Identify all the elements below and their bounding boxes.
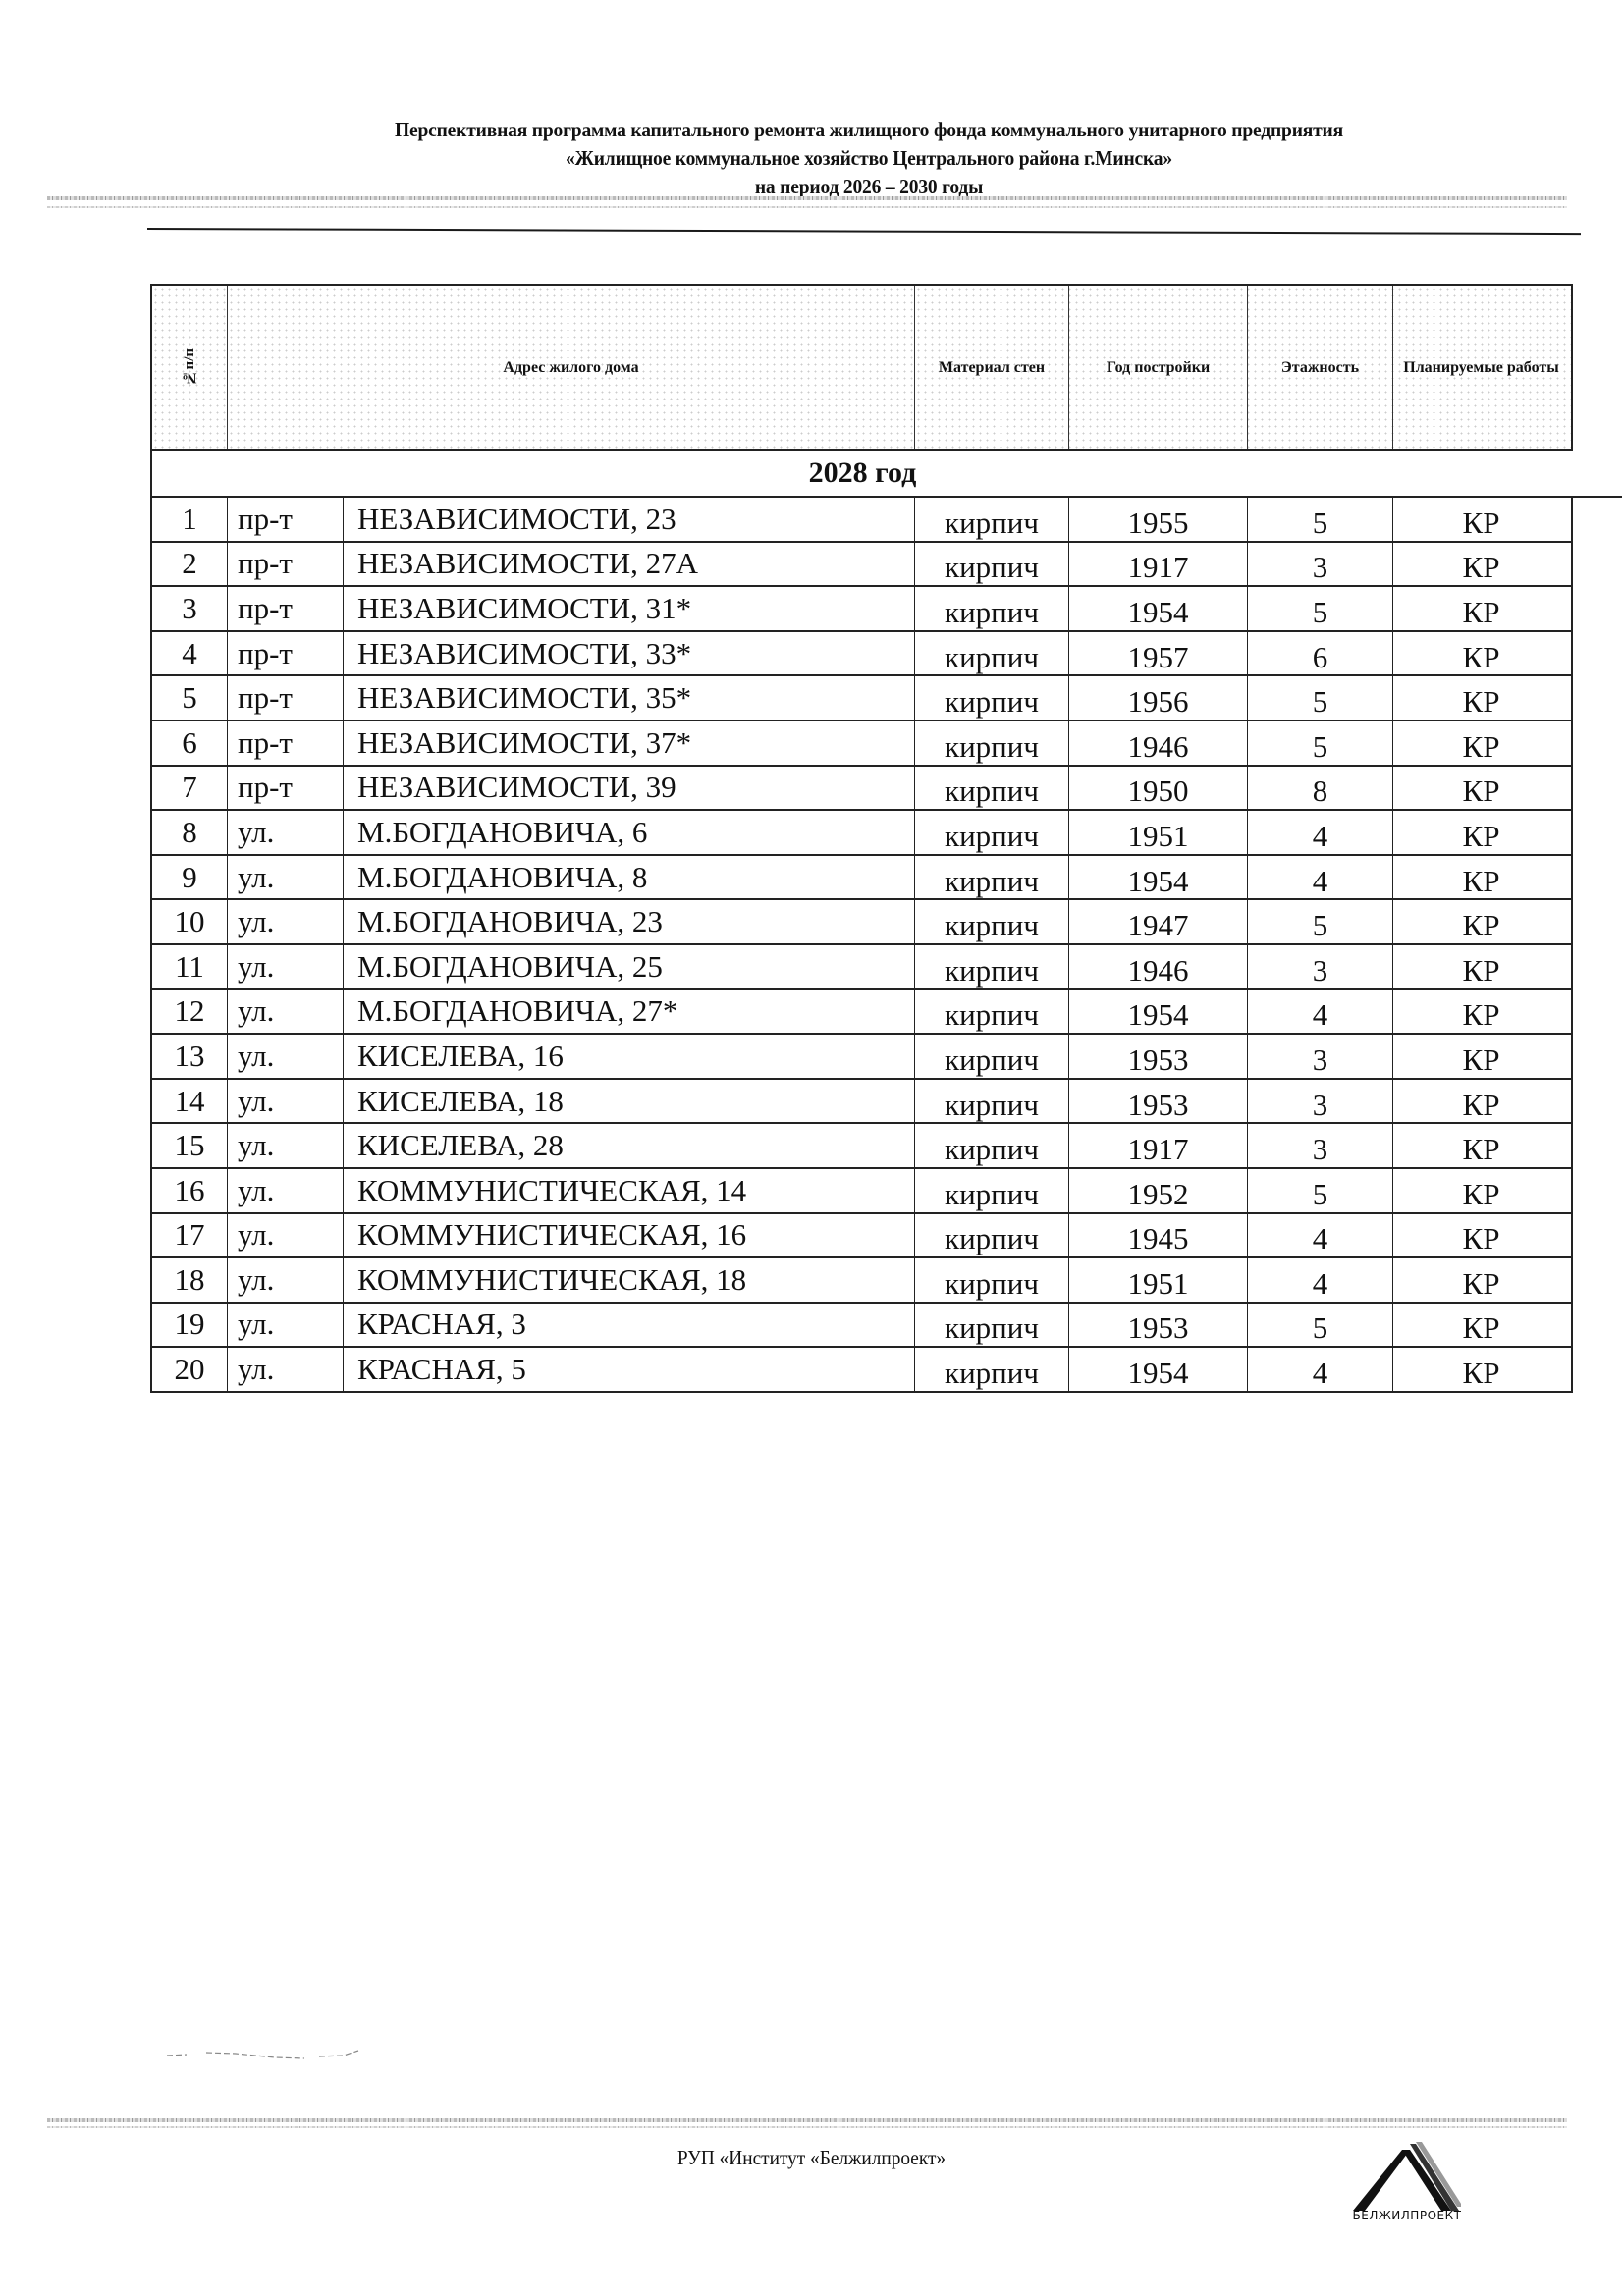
construction-year-cell: 1945 bbox=[1069, 1214, 1248, 1257]
wall-material-cell: кирпич bbox=[915, 1080, 1069, 1123]
construction-year-cell: 1947 bbox=[1069, 900, 1248, 943]
street-type-cell: пр-т bbox=[228, 498, 344, 541]
row-number-cell: 14 bbox=[152, 1080, 228, 1123]
wall-material-cell: кирпич bbox=[915, 721, 1069, 765]
planned-works-cell: КР bbox=[1393, 767, 1569, 810]
floors-cell: 4 bbox=[1248, 1348, 1393, 1391]
wall-material-cell: кирпич bbox=[915, 900, 1069, 943]
row-number-cell: 11 bbox=[152, 945, 228, 988]
floors-cell: 4 bbox=[1248, 856, 1393, 899]
wall-material-cell: кирпич bbox=[915, 1258, 1069, 1302]
floors-cell: 6 bbox=[1248, 632, 1393, 675]
floors-cell: 5 bbox=[1248, 1304, 1393, 1347]
street-type-cell: пр-т bbox=[228, 767, 344, 810]
construction-year-cell: 1953 bbox=[1069, 1035, 1248, 1078]
street-type-cell: ул. bbox=[228, 856, 344, 899]
planned-works-cell: КР bbox=[1393, 1304, 1569, 1347]
wall-material-cell: кирпич bbox=[915, 1348, 1069, 1391]
col-header-year: Год постройки bbox=[1069, 286, 1248, 449]
street-type-cell: ул. bbox=[228, 900, 344, 943]
roof-logo-icon bbox=[1353, 2142, 1461, 2260]
floors-cell: 3 bbox=[1248, 543, 1393, 586]
floors-cell: 4 bbox=[1248, 1258, 1393, 1302]
street-type-cell: ул. bbox=[228, 945, 344, 988]
floors-cell: 3 bbox=[1248, 945, 1393, 988]
row-number-cell: 10 bbox=[152, 900, 228, 943]
document-title: Перспективная программа капитального рем… bbox=[197, 116, 1540, 201]
wall-material-cell: кирпич bbox=[915, 1124, 1069, 1167]
address-cell: КИСЕЛЕВА, 16 bbox=[344, 1035, 915, 1078]
floors-cell: 5 bbox=[1248, 498, 1393, 541]
construction-year-cell: 1950 bbox=[1069, 767, 1248, 810]
row-number-cell: 16 bbox=[152, 1169, 228, 1212]
floors-cell: 5 bbox=[1248, 587, 1393, 630]
planned-works-cell: КР bbox=[1393, 498, 1569, 541]
floors-cell: 3 bbox=[1248, 1124, 1393, 1167]
address-cell: НЕЗАВИСИМОСТИ, 33* bbox=[344, 632, 915, 675]
street-type-cell: ул. bbox=[228, 1214, 344, 1257]
table-row: 5пр-тНЕЗАВИСИМОСТИ, 35*кирпич19565КР bbox=[150, 676, 1573, 721]
address-cell: М.БОГДАНОВИЧА, 23 bbox=[344, 900, 915, 943]
construction-year-cell: 1953 bbox=[1069, 1080, 1248, 1123]
street-type-cell: пр-т bbox=[228, 543, 344, 586]
table-row: 20ул.КРАСНАЯ, 5кирпич19544КР bbox=[150, 1348, 1573, 1393]
footer-organization: РУП «Институт «Белжилпроект» bbox=[65, 2146, 1558, 2170]
street-type-cell: пр-т bbox=[228, 676, 344, 720]
floors-cell: 4 bbox=[1248, 811, 1393, 854]
header-divider-grey-thin bbox=[47, 206, 1567, 208]
address-cell: М.БОГДАНОВИЧА, 8 bbox=[344, 856, 915, 899]
logo-text: БЕЛЖИЛПРОЕКТ bbox=[1343, 2209, 1471, 2222]
construction-year-cell: 1954 bbox=[1069, 856, 1248, 899]
section-title-year: 2028 год bbox=[150, 449, 1573, 498]
street-type-cell: пр-т bbox=[228, 587, 344, 630]
address-cell: НЕЗАВИСИМОСТИ, 39 bbox=[344, 767, 915, 810]
row-number-cell: 8 bbox=[152, 811, 228, 854]
planned-works-cell: КР bbox=[1393, 1348, 1569, 1391]
row-number-cell: 1 bbox=[152, 498, 228, 541]
row-number-cell: 7 bbox=[152, 767, 228, 810]
floors-cell: 5 bbox=[1248, 900, 1393, 943]
table-row: 11ул.М.БОГДАНОВИЧА, 25кирпич19463КР bbox=[150, 945, 1573, 990]
planned-works-cell: КР bbox=[1393, 990, 1569, 1034]
table-row: 6пр-тНЕЗАВИСИМОСТИ, 37*кирпич19465КР bbox=[150, 721, 1573, 767]
planned-works-cell: КР bbox=[1393, 1169, 1569, 1212]
table-row: 9ул.М.БОГДАНОВИЧА, 8кирпич19544КР bbox=[150, 856, 1573, 901]
row-number-cell: 20 bbox=[152, 1348, 228, 1391]
construction-year-cell: 1954 bbox=[1069, 990, 1248, 1034]
construction-year-cell: 1954 bbox=[1069, 587, 1248, 630]
planned-works-cell: КР bbox=[1393, 945, 1569, 988]
row-number-cell: 3 bbox=[152, 587, 228, 630]
table-row: 7пр-тНЕЗАВИСИМОСТИ, 39кирпич19508КР bbox=[150, 767, 1573, 812]
floors-cell: 8 bbox=[1248, 767, 1393, 810]
row-number-cell: 9 bbox=[152, 856, 228, 899]
footer-divider-grey-thin bbox=[47, 2126, 1567, 2128]
construction-year-cell: 1951 bbox=[1069, 811, 1248, 854]
table-body: 1пр-тНЕЗАВИСИМОСТИ, 23кирпич19555КР2пр-т… bbox=[150, 498, 1573, 1393]
street-type-cell: ул. bbox=[228, 1035, 344, 1078]
planned-works-cell: КР bbox=[1393, 1124, 1569, 1167]
address-cell: НЕЗАВИСИМОСТИ, 23 bbox=[344, 498, 915, 541]
table-row: 13ул.КИСЕЛЕВА, 16кирпич19533КР bbox=[150, 1035, 1573, 1080]
title-line-1: Перспективная программа капитального рем… bbox=[197, 116, 1540, 144]
planned-works-cell: КР bbox=[1393, 543, 1569, 586]
row-number-cell: 13 bbox=[152, 1035, 228, 1078]
address-cell: КРАСНАЯ, 5 bbox=[344, 1348, 915, 1391]
address-cell: НЕЗАВИСИМОСТИ, 35* bbox=[344, 676, 915, 720]
table-header: №п/п Адрес жилого дома Материал стен Год… bbox=[150, 284, 1573, 451]
wall-material-cell: кирпич bbox=[915, 543, 1069, 586]
wall-material-cell: кирпич bbox=[915, 498, 1069, 541]
planned-works-cell: КР bbox=[1393, 676, 1569, 720]
planned-works-cell: КР bbox=[1393, 1214, 1569, 1257]
construction-year-cell: 1946 bbox=[1069, 945, 1248, 988]
street-type-cell: ул. bbox=[228, 1258, 344, 1302]
wall-material-cell: кирпич bbox=[915, 856, 1069, 899]
address-cell: КОММУНИСТИЧЕСКАЯ, 16 bbox=[344, 1214, 915, 1257]
footer-divider-grey bbox=[47, 2118, 1567, 2122]
address-cell: КИСЕЛЕВА, 18 bbox=[344, 1080, 915, 1123]
table-row: 8ул.М.БОГДАНОВИЧА, 6кирпич19514КР bbox=[150, 811, 1573, 856]
row-number-cell: 15 bbox=[152, 1124, 228, 1167]
wall-material-cell: кирпич bbox=[915, 587, 1069, 630]
address-cell: КОММУНИСТИЧЕСКАЯ, 14 bbox=[344, 1169, 915, 1212]
address-cell: КОММУНИСТИЧЕСКАЯ, 18 bbox=[344, 1258, 915, 1302]
table-row: 16ул.КОММУНИСТИЧЕСКАЯ, 14кирпич19525КР bbox=[150, 1169, 1573, 1214]
address-cell: КИСЕЛЕВА, 28 bbox=[344, 1124, 915, 1167]
row-number-cell: 2 bbox=[152, 543, 228, 586]
wall-material-cell: кирпич bbox=[915, 1169, 1069, 1212]
table-row: 10ул.М.БОГДАНОВИЧА, 23кирпич19475КР bbox=[150, 900, 1573, 945]
street-type-cell: ул. bbox=[228, 1124, 344, 1167]
address-cell: НЕЗАВИСИМОСТИ, 27А bbox=[344, 543, 915, 586]
street-type-cell: пр-т bbox=[228, 632, 344, 675]
table-row: 12ул.М.БОГДАНОВИЧА, 27*кирпич19544КР bbox=[150, 990, 1573, 1036]
col-header-material: Материал стен bbox=[915, 286, 1069, 449]
street-type-cell: ул. bbox=[228, 1348, 344, 1391]
row-number-cell: 19 bbox=[152, 1304, 228, 1347]
col-header-address: Адрес жилого дома bbox=[228, 286, 915, 449]
header-divider-grey bbox=[47, 196, 1567, 200]
planned-works-cell: КР bbox=[1393, 1035, 1569, 1078]
row-number-cell: 6 bbox=[152, 721, 228, 765]
address-cell: М.БОГДАНОВИЧА, 27* bbox=[344, 990, 915, 1034]
table-row: 18ул.КОММУНИСТИЧЕСКАЯ, 18кирпич19514КР bbox=[150, 1258, 1573, 1304]
planned-works-cell: КР bbox=[1393, 1258, 1569, 1302]
construction-year-cell: 1954 bbox=[1069, 1348, 1248, 1391]
row-number-cell: 4 bbox=[152, 632, 228, 675]
street-type-cell: пр-т bbox=[228, 721, 344, 765]
planned-works-cell: КР bbox=[1393, 856, 1569, 899]
floors-cell: 5 bbox=[1248, 721, 1393, 765]
construction-year-cell: 1952 bbox=[1069, 1169, 1248, 1212]
address-cell: НЕЗАВИСИМОСТИ, 37* bbox=[344, 721, 915, 765]
table-row: 1пр-тНЕЗАВИСИМОСТИ, 23кирпич19555КР bbox=[150, 498, 1573, 543]
address-cell: М.БОГДАНОВИЧА, 6 bbox=[344, 811, 915, 854]
col-header-works: Планируемые работы bbox=[1393, 286, 1569, 449]
street-type-cell: ул. bbox=[228, 990, 344, 1034]
construction-year-cell: 1955 bbox=[1069, 498, 1248, 541]
floors-cell: 4 bbox=[1248, 990, 1393, 1034]
table-row: 14ул.КИСЕЛЕВА, 18кирпич19533КР bbox=[150, 1080, 1573, 1125]
wall-material-cell: кирпич bbox=[915, 676, 1069, 720]
address-cell: М.БОГДАНОВИЧА, 25 bbox=[344, 945, 915, 988]
planned-works-cell: КР bbox=[1393, 587, 1569, 630]
col-header-num: №п/п bbox=[152, 286, 228, 449]
street-type-cell: ул. bbox=[228, 1169, 344, 1212]
table-row: 15ул.КИСЕЛЕВА, 28кирпич19173КР bbox=[150, 1124, 1573, 1169]
row-number-cell: 18 bbox=[152, 1258, 228, 1302]
floors-cell: 4 bbox=[1248, 1214, 1393, 1257]
row-number-cell: 17 bbox=[152, 1214, 228, 1257]
wall-material-cell: кирпич bbox=[915, 945, 1069, 988]
header-divider bbox=[147, 228, 1581, 235]
address-cell: НЕЗАВИСИМОСТИ, 31* bbox=[344, 587, 915, 630]
planned-works-cell: КР bbox=[1393, 900, 1569, 943]
row-number-cell: 12 bbox=[152, 990, 228, 1034]
table-row: 4пр-тНЕЗАВИСИМОСТИ, 33*кирпич19576КР bbox=[150, 632, 1573, 677]
planned-works-cell: КР bbox=[1393, 632, 1569, 675]
table-row: 2пр-тНЕЗАВИСИМОСТИ, 27Акирпич19173КР bbox=[150, 543, 1573, 588]
construction-year-cell: 1957 bbox=[1069, 632, 1248, 675]
wall-material-cell: кирпич bbox=[915, 1035, 1069, 1078]
street-type-cell: ул. bbox=[228, 811, 344, 854]
wall-material-cell: кирпич bbox=[915, 1304, 1069, 1347]
title-line-2: «Жилищное коммунальное хозяйство Централ… bbox=[197, 144, 1540, 173]
construction-year-cell: 1956 bbox=[1069, 676, 1248, 720]
pen-mark bbox=[167, 2050, 363, 2065]
table-row: 17ул.КОММУНИСТИЧЕСКАЯ, 16кирпич19454КР bbox=[150, 1214, 1573, 1259]
wall-material-cell: кирпич bbox=[915, 990, 1069, 1034]
table-row: 3пр-тНЕЗАВИСИМОСТИ, 31*кирпич19545КР bbox=[150, 587, 1573, 632]
floors-cell: 5 bbox=[1248, 676, 1393, 720]
planned-works-cell: КР bbox=[1393, 811, 1569, 854]
planned-works-cell: КР bbox=[1393, 1080, 1569, 1123]
wall-material-cell: кирпич bbox=[915, 767, 1069, 810]
floors-cell: 5 bbox=[1248, 1169, 1393, 1212]
col-header-floors: Этажность bbox=[1248, 286, 1393, 449]
floors-cell: 3 bbox=[1248, 1080, 1393, 1123]
floors-cell: 3 bbox=[1248, 1035, 1393, 1078]
wall-material-cell: кирпич bbox=[915, 632, 1069, 675]
street-type-cell: ул. bbox=[228, 1080, 344, 1123]
construction-year-cell: 1953 bbox=[1069, 1304, 1248, 1347]
wall-material-cell: кирпич bbox=[915, 1214, 1069, 1257]
row-number-cell: 5 bbox=[152, 676, 228, 720]
construction-year-cell: 1946 bbox=[1069, 721, 1248, 765]
construction-year-cell: 1951 bbox=[1069, 1258, 1248, 1302]
street-type-cell: ул. bbox=[228, 1304, 344, 1347]
construction-year-cell: 1917 bbox=[1069, 543, 1248, 586]
planned-works-cell: КР bbox=[1393, 721, 1569, 765]
address-cell: КРАСНАЯ, 3 bbox=[344, 1304, 915, 1347]
wall-material-cell: кирпич bbox=[915, 811, 1069, 854]
table-row: 19ул.КРАСНАЯ, 3кирпич19535КР bbox=[150, 1304, 1573, 1349]
construction-year-cell: 1917 bbox=[1069, 1124, 1248, 1167]
